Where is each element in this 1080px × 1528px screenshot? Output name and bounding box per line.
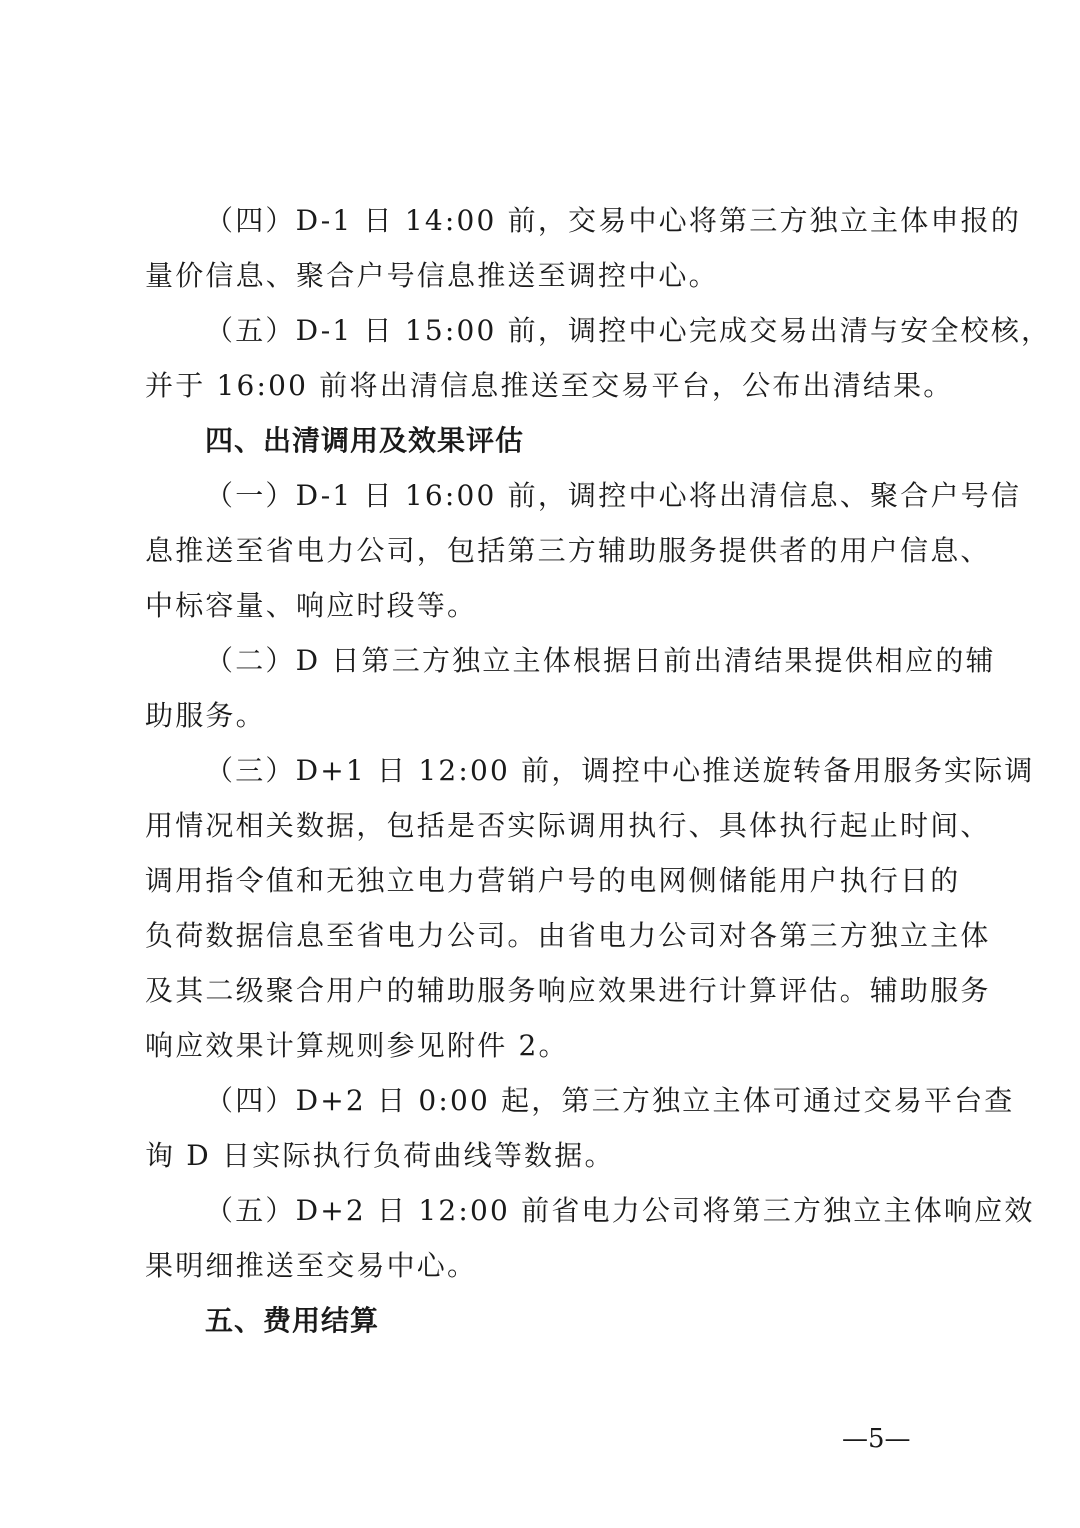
paragraph-line: （二）D 日第三方独立主体根据日前出清结果提供相应的辅: [205, 643, 945, 679]
paragraph-line: 中标容量、响应时段等。: [145, 588, 945, 624]
paragraph-line: 询 D 日实际执行负荷曲线等数据。: [145, 1138, 945, 1174]
paragraph-line: 息推送至省电力公司，包括第三方辅助服务提供者的用户信息、: [145, 533, 945, 569]
paragraph-line: （一）D-1 日 16:00 前，调控中心将出清信息、聚合户号信: [205, 478, 945, 514]
paragraph-line: 负荷数据信息至省电力公司。由省电力公司对各第三方独立主体: [145, 918, 945, 954]
paragraph-line: 助服务。: [145, 698, 945, 734]
paragraph-line: 响应效果计算规则参见附件 2。: [145, 1028, 945, 1064]
section-heading: 四、出清调用及效果评估: [205, 423, 524, 459]
document-page: （四）D-1 日 14:00 前，交易中心将第三方独立主体申报的 量价信息、聚合…: [0, 0, 1080, 1528]
paragraph-line: 并于 16:00 前将出清信息推送至交易平台，公布出清结果。: [145, 368, 945, 404]
paragraph-line: 调用指令值和无独立电力营销户号的电网侧储能用户执行日的: [145, 863, 945, 899]
paragraph-line: 量价信息、聚合户号信息推送至调控中心。: [145, 258, 945, 294]
paragraph-line: （四）D+2 日 0:00 起，第三方独立主体可通过交易平台查: [205, 1083, 945, 1119]
page-number: —5—: [842, 1424, 911, 1454]
paragraph-line: （五）D+2 日 12:00 前省电力公司将第三方独立主体响应效: [205, 1193, 945, 1229]
paragraph-line: （三）D+1 日 12:00 前，调控中心推送旋转备用服务实际调: [205, 753, 945, 789]
paragraph-line: 用情况相关数据，包括是否实际调用执行、具体执行起止时间、: [145, 808, 945, 844]
paragraph-line: 及其二级聚合用户的辅助服务响应效果进行计算评估。辅助服务: [145, 973, 945, 1009]
paragraph-line: （五）D-1 日 15:00 前，调控中心完成交易出清与安全校核，: [205, 313, 945, 349]
section-heading: 五、费用结算: [205, 1303, 379, 1339]
paragraph-line: （四）D-1 日 14:00 前，交易中心将第三方独立主体申报的: [205, 203, 945, 239]
paragraph-line: 果明细推送至交易中心。: [145, 1248, 945, 1284]
